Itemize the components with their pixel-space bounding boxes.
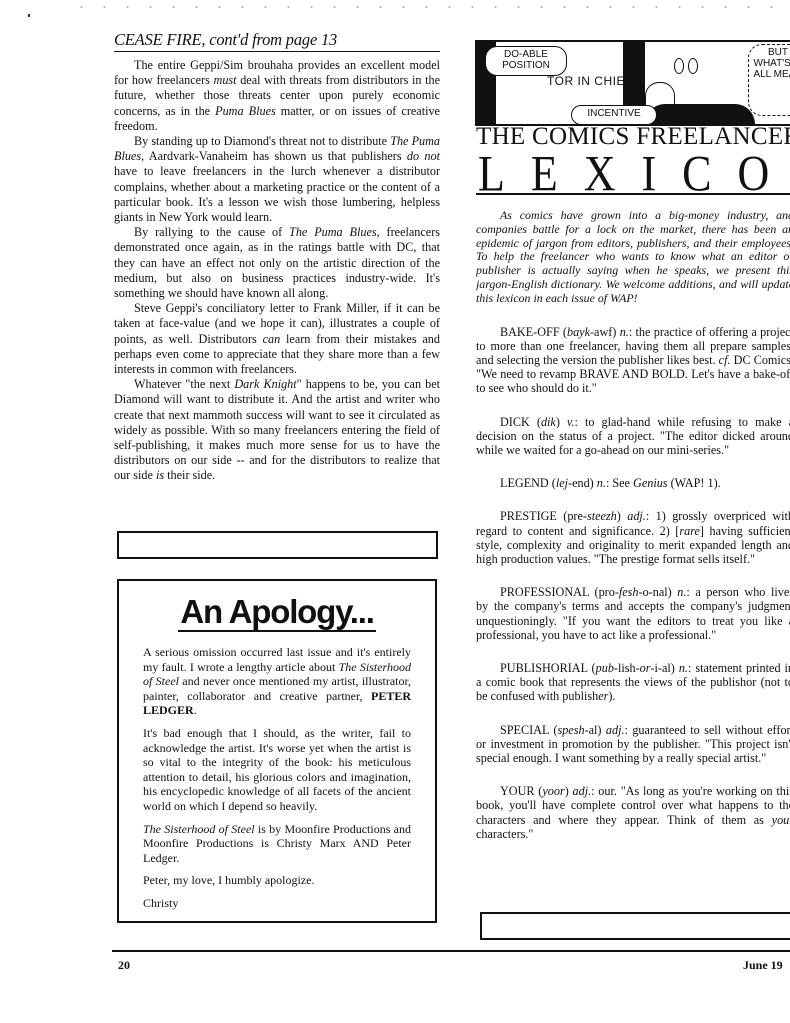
apology-box: An Apology... A serious omission occurre… xyxy=(117,579,437,923)
section-heading: CEASE FIRE, cont'd from page 13 xyxy=(114,30,440,52)
entry-text: DICK (dik) v.: to glad-hand while refusi… xyxy=(476,415,790,458)
editorial-body: The entire Geppi/Sim brouhaha provides a… xyxy=(114,58,440,484)
apology-body: A serious omission occurred last issue a… xyxy=(143,645,411,911)
lexicon-entry: DICK (dik) v.: to glad-hand while refusi… xyxy=(476,415,790,458)
editorial-column: CEASE FIRE, cont'd from page 13 The enti… xyxy=(114,30,440,484)
eye-icon xyxy=(674,58,684,74)
entry-text: YOUR (yoor) adj.: our. "As long as you'r… xyxy=(476,784,790,841)
lexicon-title: THE COMICS FREELANCER'S LEXICON xyxy=(476,124,790,192)
paragraph: A serious omission occurred last issue a… xyxy=(143,645,411,718)
speech-bubble-bottom: INCENTIVE xyxy=(571,105,657,125)
paragraph: Peter, my love, I humbly apologize. xyxy=(143,873,411,888)
character-face xyxy=(670,50,710,106)
lexicon-entry: YOUR (yoor) adj.: our. "As long as you'r… xyxy=(476,784,790,841)
eye-icon xyxy=(688,58,698,74)
paragraph: It's bad enough that I should, as the wr… xyxy=(143,726,411,814)
empty-box xyxy=(480,912,790,940)
apology-title: An Apology... xyxy=(119,593,435,631)
issue-date: June 19 xyxy=(743,958,783,973)
entry-text: PRESTIGE (pre-steezh) adj.: 1) grossly o… xyxy=(476,509,790,566)
comic-strip: DO-ABLE POSITION TOR IN CHIEF INCENTIVE … xyxy=(475,40,790,126)
paragraph: The entire Geppi/Sim brouhaha provides a… xyxy=(114,58,440,134)
lexicon-column: As comics have grown into a big-money in… xyxy=(476,209,790,841)
divider xyxy=(476,193,790,195)
entry-text: SPECIAL (spesh-al) adj.: guaranteed to s… xyxy=(476,723,790,766)
footer-divider xyxy=(112,950,790,952)
entry-text: PROFESSIONAL (pro-fesh-o-nal) n.: a pers… xyxy=(476,585,790,642)
lexicon-title-line2: LEXICON xyxy=(476,150,790,192)
paragraph: By rallying to the cause of The Puma Blu… xyxy=(114,225,440,301)
empty-box xyxy=(117,531,438,559)
magazine-page: CEASE FIRE, cont'd from page 13 The enti… xyxy=(0,0,790,1023)
paragraph: Whatever "the next Dark Knight" happens … xyxy=(114,377,440,483)
entry-text: LEGEND (lej-end) n.: See Genius (WAP! 1)… xyxy=(476,476,790,490)
paragraph: By standing up to Diamond's threat not t… xyxy=(114,134,440,225)
character-body xyxy=(645,104,755,124)
scan-mark xyxy=(28,14,30,17)
lexicon-entry: PROFESSIONAL (pro-fesh-o-nal) n.: a pers… xyxy=(476,585,790,642)
entry-text: BAKE-OFF (bayk-awf) n.: the practice of … xyxy=(476,325,790,396)
paragraph: Christy xyxy=(143,896,411,911)
lexicon-entry: PRESTIGE (pre-steezh) adj.: 1) grossly o… xyxy=(476,509,790,566)
paragraph: Steve Geppi's conciliatory letter to Fra… xyxy=(114,301,440,377)
lexicon-entries: BAKE-OFF (bayk-awf) n.: the practice of … xyxy=(476,325,790,841)
comic-caption: TOR IN CHIEF xyxy=(547,74,633,89)
thought-bubble-right: BUT WHAT'S IT ALL MEAN xyxy=(748,44,790,116)
lexicon-entry: BAKE-OFF (bayk-awf) n.: the practice of … xyxy=(476,325,790,396)
entry-text: PUBLISHORIAL (pub-lish-or-i-al) n.: stat… xyxy=(476,661,790,704)
page-number: 20 xyxy=(118,958,130,973)
lexicon-intro: As comics have grown into a big-money in… xyxy=(476,209,790,306)
lexicon-entry: PUBLISHORIAL (pub-lish-or-i-al) n.: stat… xyxy=(476,661,790,704)
scan-speckles xyxy=(70,4,790,10)
speech-bubble-left: DO-ABLE POSITION xyxy=(485,46,567,76)
lexicon-entry: SPECIAL (spesh-al) adj.: guaranteed to s… xyxy=(476,723,790,766)
lexicon-entry: LEGEND (lej-end) n.: See Genius (WAP! 1)… xyxy=(476,476,790,490)
paragraph: The Sisterhood of Steel is by Moonfire P… xyxy=(143,822,411,866)
